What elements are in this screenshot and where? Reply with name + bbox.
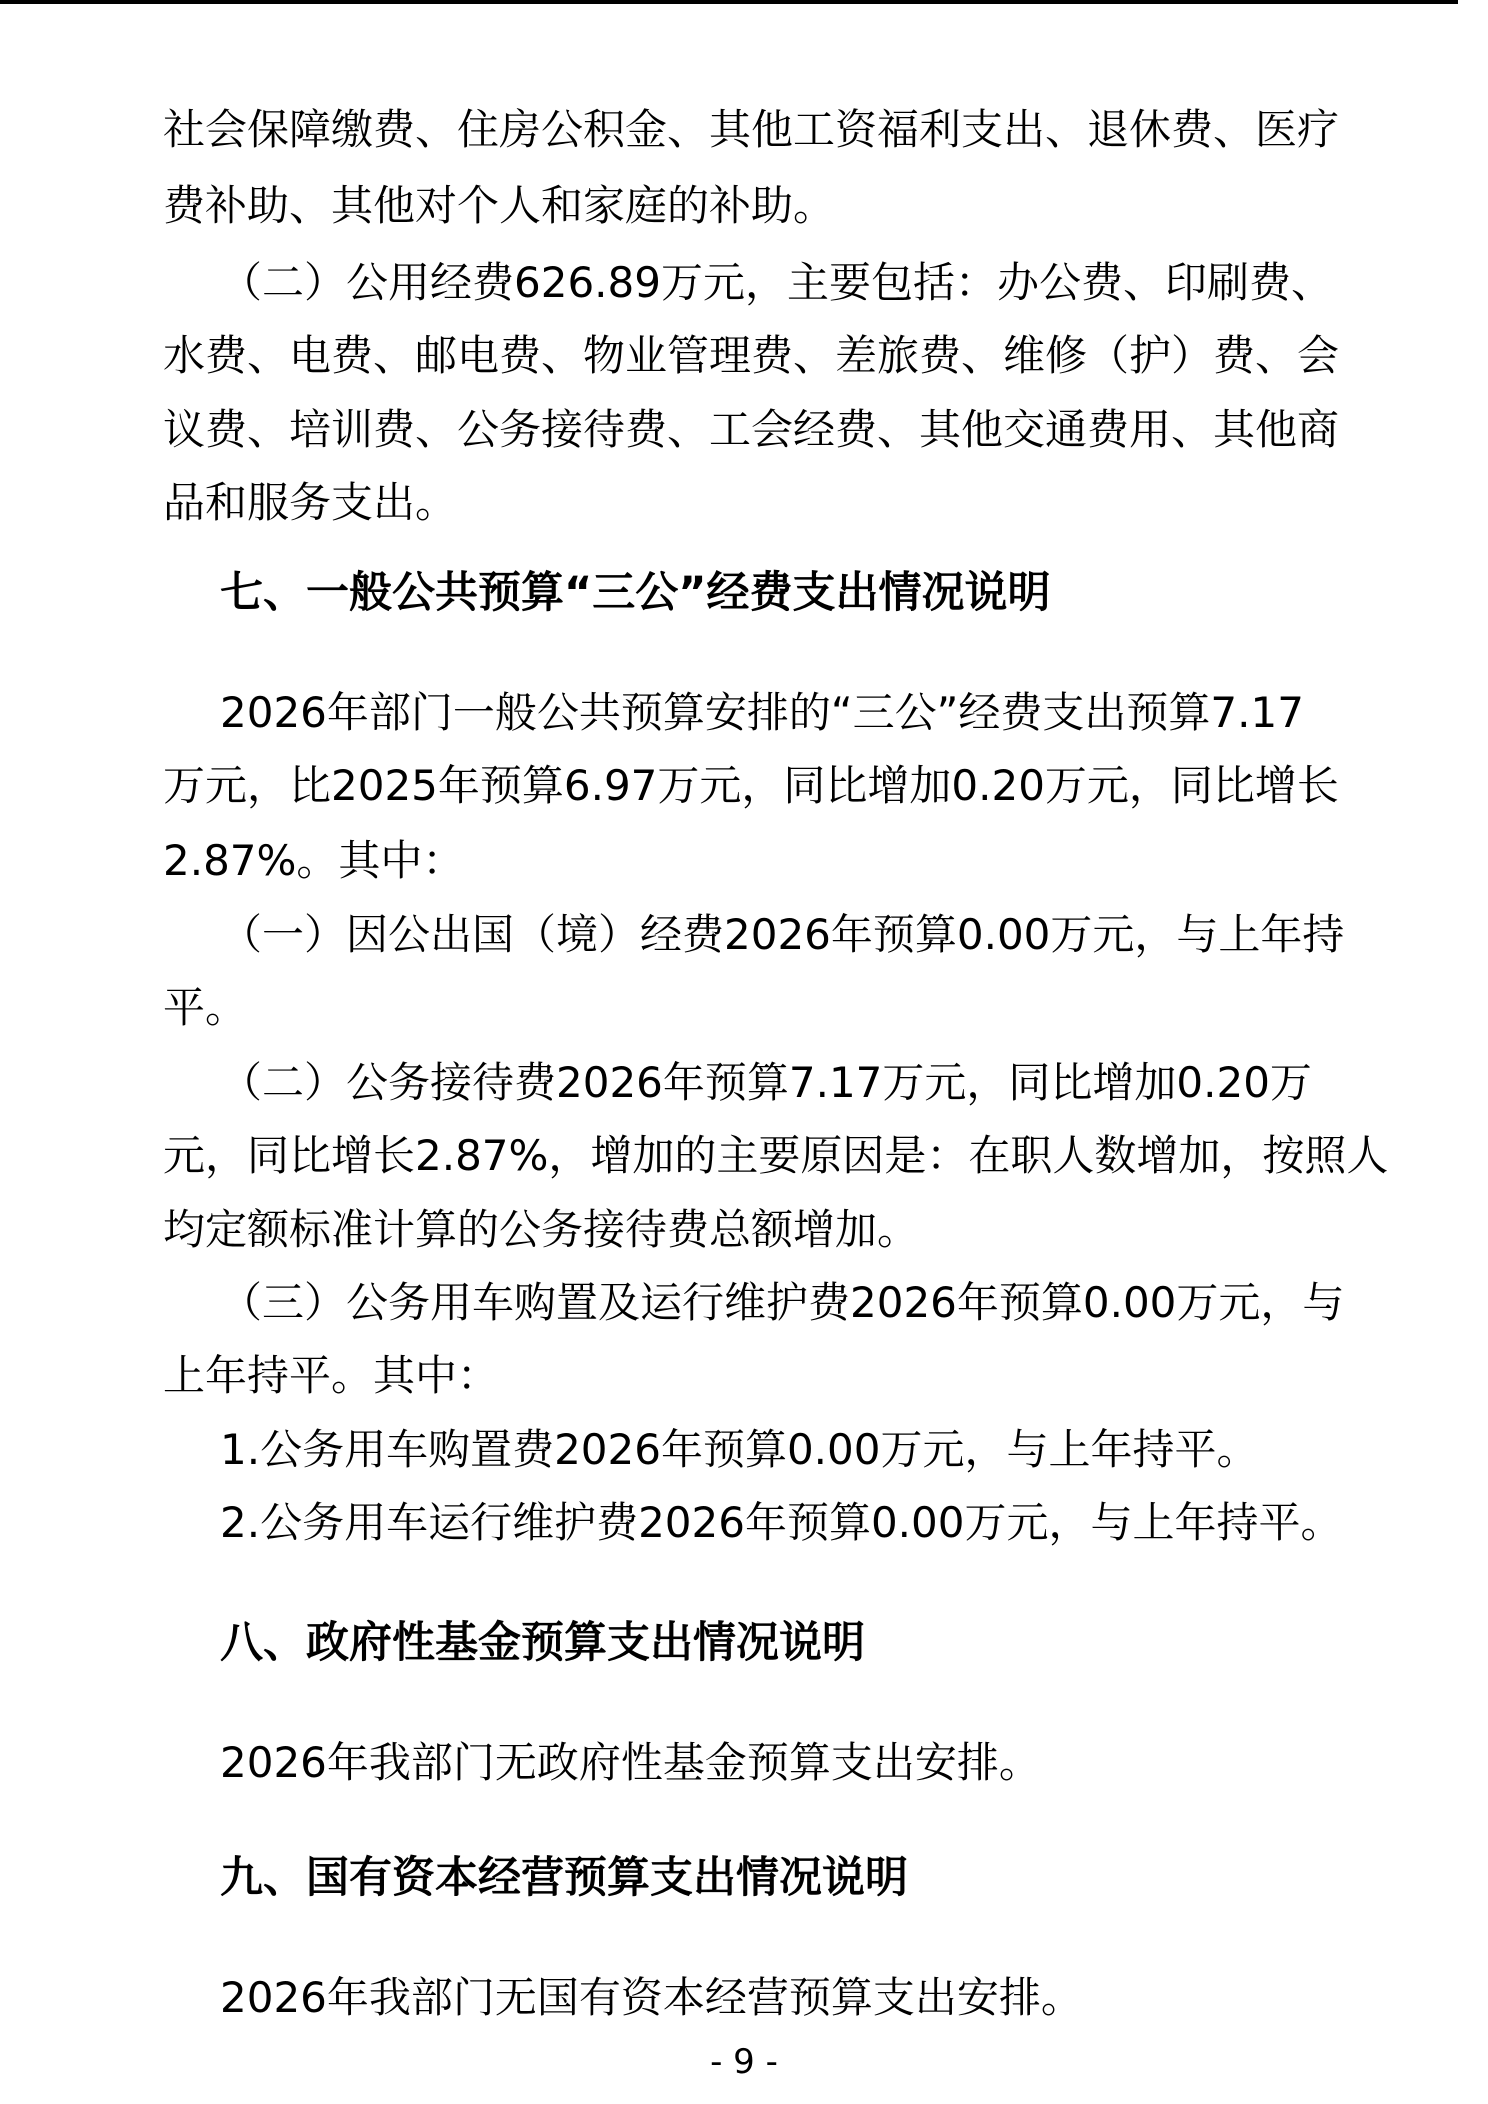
section-heading-9: 九、国有资本经营预算支出情况说明 (163, 1855, 1400, 1902)
paragraph-line: 2026年我部门无国有资本经营预算支出安排。 (163, 1975, 1400, 2021)
paragraph-line: 品和服务支出。 (163, 480, 1343, 526)
paragraph-line: （一）因公出国（境）经费2026年预算0.00万元，与上年持 (163, 912, 1400, 958)
page-number: - 9 - (0, 2042, 1488, 2082)
paragraph-line: （三）公务用车购置及运行维护费2026年预算0.00万元，与 (163, 1280, 1400, 1326)
list-item-line: 1.公务用车购置费2026年预算0.00万元，与上年持平。 (163, 1427, 1400, 1473)
paragraph-line: 水费、电费、邮电费、物业管理费、差旅费、维修（护）费、会 (163, 333, 1343, 379)
paragraph-line: 2026年我部门无政府性基金预算支出安排。 (163, 1740, 1400, 1786)
paragraph-line: 2026年部门一般公共预算安排的“三公”经费支出预算7.17 (163, 690, 1400, 736)
section-heading-7: 七、一般公共预算“三公”经费支出情况说明 (163, 570, 1400, 617)
list-item-line: 2.公务用车运行维护费2026年预算0.00万元，与上年持平。 (163, 1500, 1400, 1546)
paragraph-line: 费补助、其他对个人和家庭的补助。 (163, 183, 1343, 229)
paragraph-line: 平。 (163, 985, 1343, 1031)
paragraph-line: 上年持平。其中： (163, 1353, 1343, 1399)
paragraph-line: （二）公用经费626.89万元，主要包括：办公费、印刷费、 (163, 260, 1400, 306)
paragraph-line: 均定额标准计算的公务接待费总额增加。 (163, 1207, 1343, 1253)
paragraph-line: 元，同比增长2.87%，增加的主要原因是：在职人数增加，按照人 (163, 1133, 1343, 1179)
paragraph-line: 议费、培训费、公务接待费、工会经费、其他交通费用、其他商 (163, 407, 1343, 453)
section-heading-8: 八、政府性基金预算支出情况说明 (163, 1620, 1400, 1667)
paragraph-line: 2.87%。其中： (163, 838, 1343, 884)
document-page: 社会保障缴费、住房公积金、其他工资福利支出、退休费、医疗 费补助、其他对个人和家… (0, 0, 1488, 2104)
paragraph-line: （二）公务接待费2026年预算7.17万元，同比增加0.20万 (163, 1060, 1400, 1106)
paragraph-line: 社会保障缴费、住房公积金、其他工资福利支出、退休费、医疗 (163, 107, 1343, 153)
page-top-rule (0, 0, 1458, 4)
paragraph-line: 万元，比2025年预算6.97万元，同比增加0.20万元，同比增长 (163, 763, 1343, 809)
